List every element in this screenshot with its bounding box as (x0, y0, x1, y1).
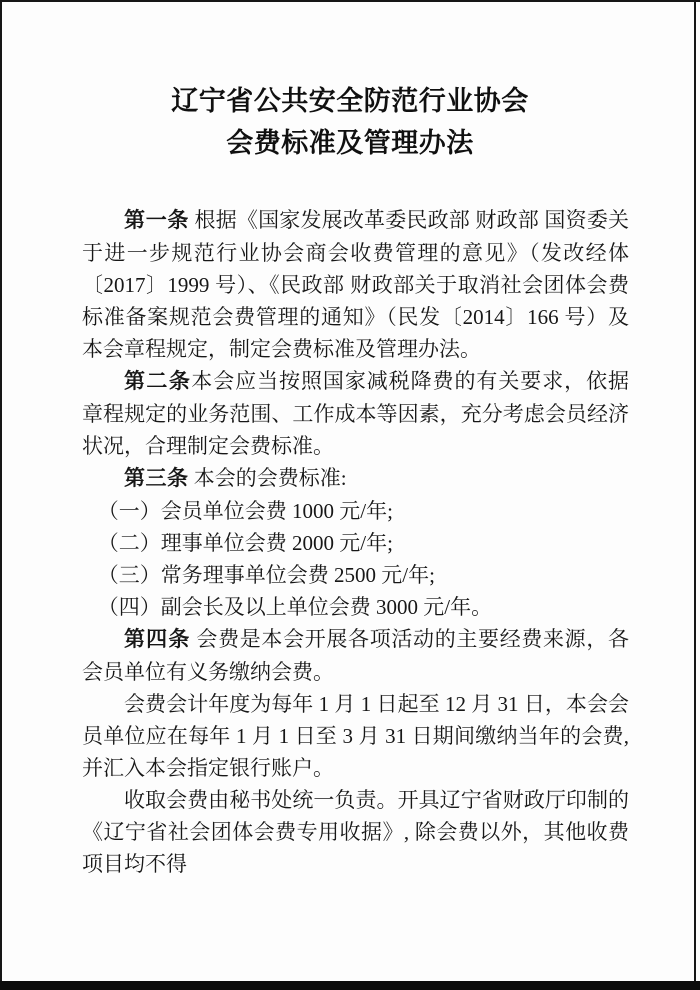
paragraph-article-4: 第四条 会费是本会开展各项活动的主要经费来源，各会员单位有义务缴纳会费。 (82, 623, 629, 688)
document-title: 辽宁省公共安全防范行业协会 会费标准及管理办法 (0, 80, 700, 164)
article-1-label: 第一条 (124, 209, 189, 232)
article-2-label: 第二条 (124, 370, 191, 393)
document-title-line-1: 辽宁省公共安全防范行业协会 (0, 80, 700, 122)
paragraph-article-1: 第一条 根据《国家发展改革委民政部 财政部 国资委关于进一步规范行业协会商会收费… (82, 204, 629, 365)
scan-border-bottom (0, 981, 700, 990)
fee-item-4: （四）副会长及以上单位会费 3000 元/年。 (82, 591, 629, 623)
fee-item-3: （三）常务理事单位会费 2500 元/年; (82, 559, 629, 591)
article-3-label: 第三条 (124, 467, 189, 490)
paragraph-collection-text: 收取会费由秘书处统一负责。开具辽宁省财政厅印制的《辽宁省社会团体会费专用收据》,… (82, 788, 629, 876)
document-page: 辽宁省公共安全防范行业协会 会费标准及管理办法 第一条 根据《国家发展改革委民政… (0, 0, 700, 990)
paragraph-article-2: 第二条本会应当按照国家减税降费的有关要求，依据章程规定的业务范围、工作成本等因素… (82, 365, 629, 462)
paragraph-fiscal-year: 会费会计年度为每年 1 月 1 日起至 12 月 31 日，本会会员单位应在每年… (82, 688, 629, 784)
fee-item-2: （二）理事单位会费 2000 元/年; (82, 527, 629, 559)
fee-item-2-text: （二）理事单位会费 2000 元/年; (98, 531, 393, 555)
paragraph-collection: 收取会费由秘书处统一负责。开具辽宁省财政厅印制的《辽宁省社会团体会费专用收据》,… (82, 784, 629, 880)
fee-item-1: （一）会员单位会费 1000 元/年; (82, 495, 629, 527)
document-body: 第一条 根据《国家发展改革委民政部 财政部 国资委关于进一步规范行业协会商会收费… (82, 204, 629, 880)
document-title-line-2: 会费标准及管理办法 (0, 122, 700, 164)
scan-border-top (0, 0, 700, 2)
fee-item-1-text: （一）会员单位会费 1000 元/年; (98, 499, 393, 523)
paragraph-article-3: 第三条 本会的会费标准: (82, 462, 629, 495)
article-3-text: 本会的会费标准: (189, 466, 347, 490)
fee-item-4-text: （四）副会长及以上单位会费 3000 元/年。 (98, 595, 492, 619)
article-4-label: 第四条 (124, 628, 191, 651)
paragraph-fiscal-year-text: 会费会计年度为每年 1 月 1 日起至 12 月 31 日，本会会员单位应在每年… (82, 692, 629, 780)
fee-item-3-text: （三）常务理事单位会费 2500 元/年; (98, 563, 435, 587)
